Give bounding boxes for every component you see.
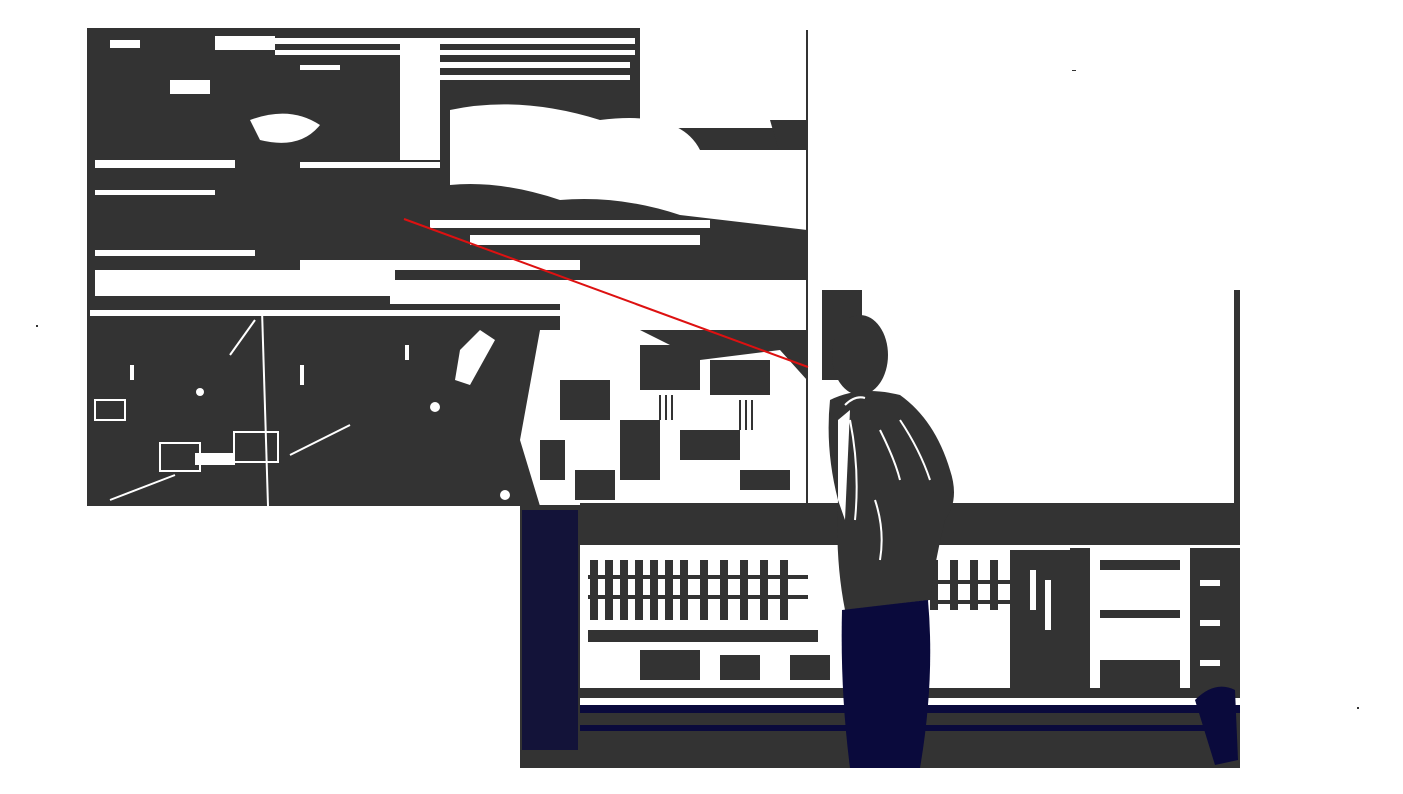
- collage-scene: [0, 0, 1403, 794]
- city-view-panel: [87, 28, 807, 510]
